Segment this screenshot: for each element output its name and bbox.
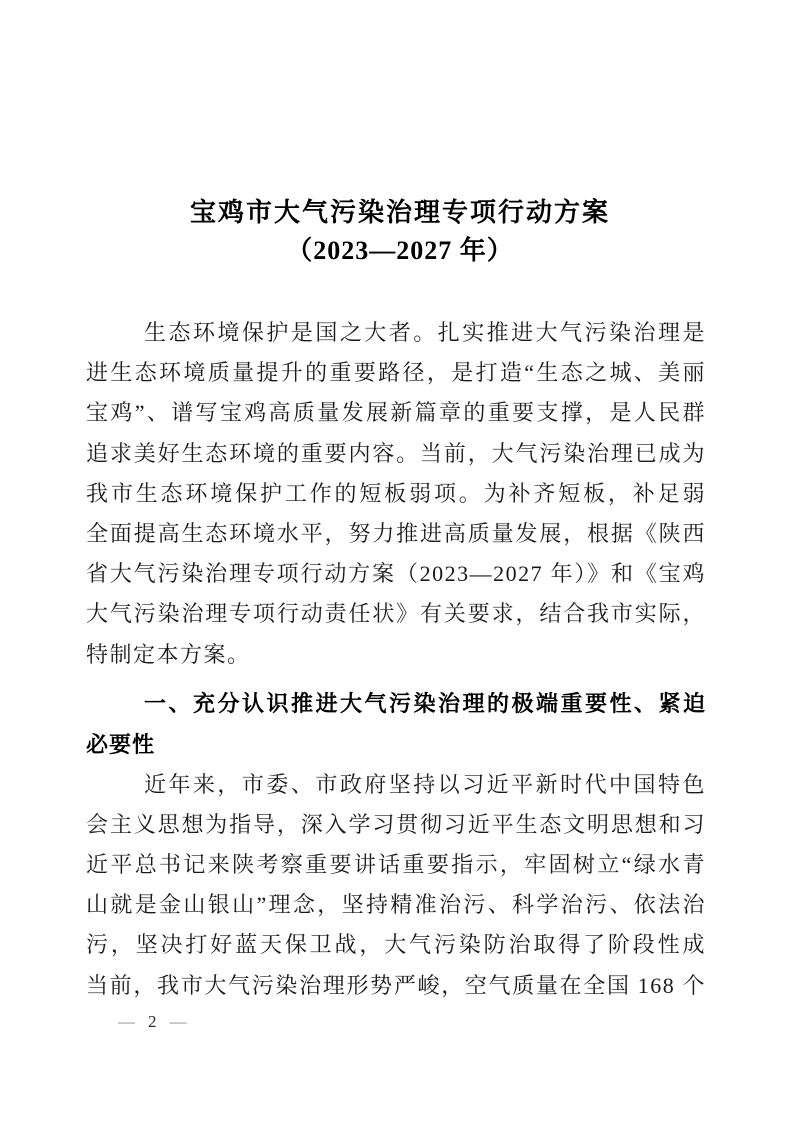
text-line: 特制定本方案。 xyxy=(86,635,706,675)
document-page: 宝鸡市大气污染治理专项行动方案 （2023—2027 年） 生态环境保护是国之大… xyxy=(0,0,800,1131)
text-line: 大气污染治理专项行动责任状》有关要求，结合我市实际， xyxy=(86,594,706,634)
title-line-2: （2023—2027 年） xyxy=(0,230,800,272)
page-footer: —2— xyxy=(118,1011,187,1033)
text-line: 我市生态环境保护工作的短板弱项。为补齐短板，补足弱项， xyxy=(86,474,706,514)
document-title: 宝鸡市大气污染治理专项行动方案 （2023—2027 年） xyxy=(0,196,800,272)
text-line: 当前，我市大气污染治理形势严峻，空气质量在全国 168 个 xyxy=(86,966,706,1006)
text-line: 追求美好生态环境的重要内容。当前，大气污染治理已成为 xyxy=(86,434,706,474)
title-line-1: 宝鸡市大气污染治理专项行动方案 xyxy=(0,196,800,230)
footer-dash-right: — xyxy=(170,1012,187,1031)
text-line: 近平总书记来陕考察重要讲话重要指示，牢固树立“绿水青 xyxy=(86,845,706,885)
paragraph-2: 近年来，市委、市政府坚持以习近平新时代中国特色社 会主义思想为指导，深入学习贯彻… xyxy=(86,765,706,1006)
heading-line: 必要性 xyxy=(86,724,706,765)
text-line: 宝鸡”、谱写宝鸡高质量发展新篇章的重要支撑，是人民群众 xyxy=(86,393,706,433)
text-line: 全面提高生态环境水平，努力推进高质量发展，根据《陕西 xyxy=(86,514,706,554)
text-line: 会主义思想为指导，深入学习贯彻习近平生态文明思想和习 xyxy=(86,805,706,845)
text-line: 进生态环境质量提升的重要路径，是打造“生态之城、美丽 xyxy=(86,353,706,393)
section-heading-1: 一、充分认识推进大气污染治理的极端重要性、紧迫性、 必要性 xyxy=(86,683,706,765)
document-body: 生态环境保护是国之大者。扎实推进大气污染治理是推 进生态环境质量提升的重要路径，… xyxy=(86,313,706,1006)
footer-dash-left: — xyxy=(118,1012,135,1031)
paragraph-1: 生态环境保护是国之大者。扎实推进大气污染治理是推 进生态环境质量提升的重要路径，… xyxy=(86,313,706,675)
text-line: 近年来，市委、市政府坚持以习近平新时代中国特色社 xyxy=(86,765,706,805)
text-line: 省大气污染治理专项行动方案（2023—2027 年）》和《宝鸡市 xyxy=(86,554,706,594)
heading-line: 一、充分认识推进大气污染治理的极端重要性、紧迫性、 xyxy=(86,683,706,724)
text-line: 污，坚决打好蓝天保卫战，大气污染防治取得了阶段性成果。 xyxy=(86,925,706,965)
page-number: 2 xyxy=(148,1012,157,1031)
text-line: 山就是金山银山”理念，坚持精准治污、科学治污、依法治 xyxy=(86,885,706,925)
text-line: 生态环境保护是国之大者。扎实推进大气污染治理是推 xyxy=(86,313,706,353)
